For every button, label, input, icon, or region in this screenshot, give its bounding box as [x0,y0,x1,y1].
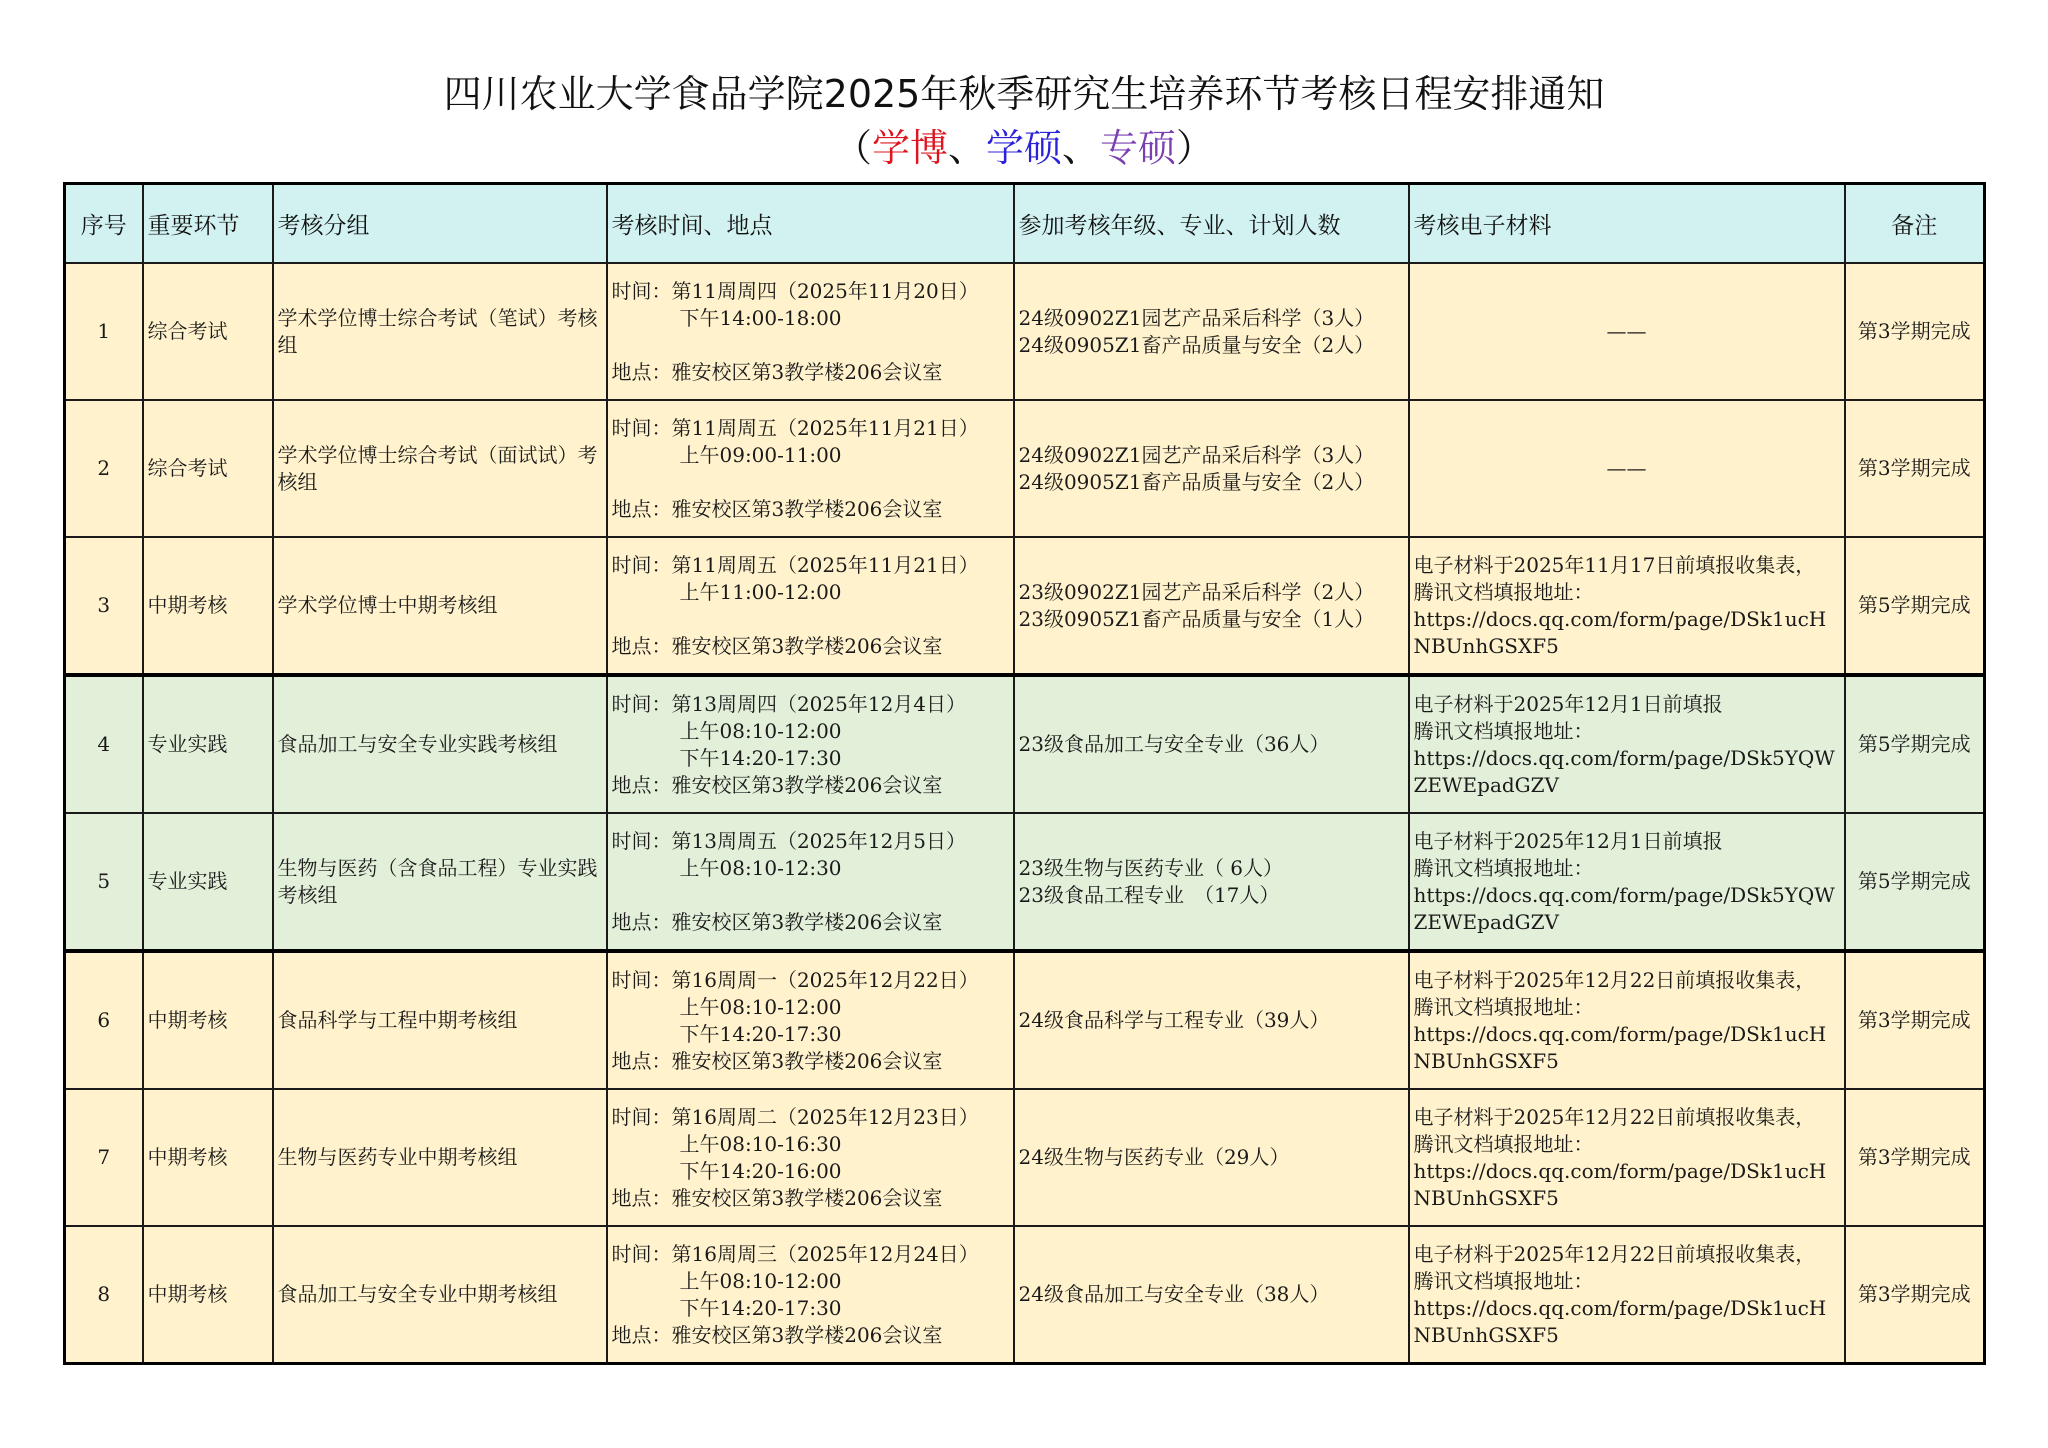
cell-note: 第3学期完成 [1845,1089,1985,1226]
cell-index: 8 [65,1226,143,1364]
header-time-location: 考核时间、地点 [607,184,1014,264]
exam-date: 时间：第16周周一（2025年12月22日） [612,967,1009,994]
cell-participants: 24级0902Z1园艺产品采后科学（3人）24级0905Z1畜产品质量与安全（2… [1014,400,1409,537]
cell-index: 6 [65,951,143,1089]
participant-line: 24级0905Z1畜产品质量与安全（2人） [1019,469,1404,496]
spacer [612,332,1009,359]
spacer [612,606,1009,633]
cell-materials: 电子材料于2025年12月22日前填报收集表，腾讯文档填报地址：https://… [1409,1089,1845,1226]
cell-note: 第5学期完成 [1845,675,1985,813]
exam-location: 地点：雅安校区第3教学楼206会议室 [612,1185,1009,1212]
material-line: 电子材料于2025年11月17日前填报收集表， [1414,552,1840,579]
participant-line: 24级食品科学与工程专业（39人） [1019,1007,1404,1034]
participant-line: 24级0905Z1畜产品质量与安全（2人） [1019,332,1404,359]
cell-materials: —— [1409,400,1845,537]
cell-stage: 专业实践 [143,675,273,813]
spacer [612,469,1009,496]
cell-note: 第5学期完成 [1845,537,1985,675]
cell-group: 学术学位博士中期考核组 [273,537,607,675]
form-link[interactable]: https://docs.qq.com/form/page/DSk1ucHNBU… [1414,606,1840,660]
table-body: 1综合考试学术学位博士综合考试（笔试）考核组时间：第11周周四（2025年11月… [65,263,1985,1364]
form-link[interactable]: https://docs.qq.com/form/page/DSk1ucHNBU… [1414,1021,1840,1075]
cell-note: 第5学期完成 [1845,813,1985,951]
cell-stage: 综合考试 [143,263,273,400]
cell-time-location: 时间：第16周周一（2025年12月22日）上午08:10-12:00下午14:… [607,951,1014,1089]
header-participants: 参加考核年级、专业、计划人数 [1014,184,1409,264]
header-row: 序号 重要环节 考核分组 考核时间、地点 参加考核年级、专业、计划人数 考核电子… [65,184,1985,264]
cell-participants: 24级生物与医药专业（29人） [1014,1089,1409,1226]
cell-note: 第3学期完成 [1845,400,1985,537]
material-line: 腾讯文档填报地址： [1414,579,1840,606]
form-link[interactable]: https://docs.qq.com/form/page/DSk5YQWZEW… [1414,882,1840,936]
cell-participants: 24级0902Z1园艺产品采后科学（3人）24级0905Z1畜产品质量与安全（2… [1014,263,1409,400]
exam-time-slot: 下午14:20-17:30 [612,745,1009,772]
header-group: 考核分组 [273,184,607,264]
cell-group: 食品加工与安全专业实践考核组 [273,675,607,813]
material-line: 腾讯文档填报地址： [1414,1131,1840,1158]
header-stage: 重要环节 [143,184,273,264]
cell-group: 生物与医药专业中期考核组 [273,1089,607,1226]
cell-time-location: 时间：第13周周五（2025年12月5日）上午08:10-12:30 地点：雅安… [607,813,1014,951]
header-note: 备注 [1845,184,1985,264]
cell-index: 4 [65,675,143,813]
form-link[interactable]: https://docs.qq.com/form/page/DSk1ucHNBU… [1414,1158,1840,1212]
participant-line: 23级食品工程专业 （17人） [1019,882,1404,909]
exam-time-slot: 上午08:10-12:00 [612,718,1009,745]
exam-location: 地点：雅安校区第3教学楼206会议室 [612,496,1009,523]
header-materials: 考核电子材料 [1409,184,1845,264]
cell-stage: 中期考核 [143,1226,273,1364]
participant-line: 24级食品加工与安全专业（38人） [1019,1281,1404,1308]
exam-time-slot: 下午14:00-18:00 [612,305,1009,332]
cell-participants: 24级食品加工与安全专业（38人） [1014,1226,1409,1364]
cell-stage: 综合考试 [143,400,273,537]
material-line: 电子材料于2025年12月22日前填报收集表， [1414,1241,1840,1268]
participant-line: 24级0902Z1园艺产品采后科学（3人） [1019,442,1404,469]
exam-date: 时间：第11周周五（2025年11月21日） [612,415,1009,442]
cell-group: 食品科学与工程中期考核组 [273,951,607,1089]
cell-participants: 23级食品加工与安全专业（36人） [1014,675,1409,813]
header-index: 序号 [65,184,143,264]
subtitle-close-paren: ） [1176,126,1214,170]
material-line: 电子材料于2025年12月1日前填报 [1414,828,1840,855]
exam-time-slot: 上午08:10-12:30 [612,855,1009,882]
cell-note: 第3学期完成 [1845,951,1985,1089]
page-title: 四川农业大学食品学院2025年秋季研究生培养环节考核日程安排通知 [0,68,2048,120]
table-row: 3中期考核学术学位博士中期考核组时间：第11周周五（2025年11月21日）上午… [65,537,1985,675]
cell-group: 生物与医药（含食品工程）专业实践考核组 [273,813,607,951]
material-line: 腾讯文档填报地址： [1414,718,1840,745]
cell-group: 食品加工与安全专业中期考核组 [273,1226,607,1364]
cell-participants: 24级食品科学与工程专业（39人） [1014,951,1409,1089]
cell-group: 学术学位博士综合考试（面试试）考核组 [273,400,607,537]
table-row: 1综合考试学术学位博士综合考试（笔试）考核组时间：第11周周四（2025年11月… [65,263,1985,400]
subtitle-academic-master: 学硕 [986,126,1062,170]
table-row: 4专业实践食品加工与安全专业实践考核组时间：第13周周四（2025年12月4日）… [65,675,1985,813]
exam-location: 地点：雅安校区第3教学楼206会议室 [612,909,1009,936]
subtitle-open-paren: （ [834,126,872,170]
exam-date: 时间：第11周周五（2025年11月21日） [612,552,1009,579]
cell-index: 7 [65,1089,143,1226]
cell-stage: 中期考核 [143,537,273,675]
form-link[interactable]: https://docs.qq.com/form/page/DSk1ucHNBU… [1414,1295,1840,1349]
cell-group: 学术学位博士综合考试（笔试）考核组 [273,263,607,400]
exam-location: 地点：雅安校区第3教学楼206会议室 [612,1048,1009,1075]
exam-time-slot: 上午08:10-12:00 [612,994,1009,1021]
cell-index: 2 [65,400,143,537]
exam-time-slot: 下午14:20-17:30 [612,1021,1009,1048]
table-row: 7中期考核生物与医药专业中期考核组时间：第16周周二（2025年12月23日）上… [65,1089,1985,1226]
cell-participants: 23级0902Z1园艺产品采后科学（2人）23级0905Z1畜产品质量与安全（1… [1014,537,1409,675]
exam-time-slot: 上午11:00-12:00 [612,579,1009,606]
exam-date: 时间：第11周周四（2025年11月20日） [612,278,1009,305]
participant-line: 23级生物与医药专业（ 6人） [1019,855,1404,882]
material-line: —— [1414,455,1840,482]
cell-time-location: 时间：第11周周五（2025年11月21日）上午09:00-11:00 地点：雅… [607,400,1014,537]
exam-location: 地点：雅安校区第3教学楼206会议室 [612,633,1009,660]
subtitle-separator: 、 [948,126,986,170]
material-line: 电子材料于2025年12月22日前填报收集表， [1414,967,1840,994]
cell-time-location: 时间：第11周周四（2025年11月20日）下午14:00-18:00 地点：雅… [607,263,1014,400]
cell-materials: 电子材料于2025年11月17日前填报收集表，腾讯文档填报地址：https://… [1409,537,1845,675]
spacer [612,882,1009,909]
exam-location: 地点：雅安校区第3教学楼206会议室 [612,359,1009,386]
cell-index: 3 [65,537,143,675]
exam-date: 时间：第16周周三（2025年12月24日） [612,1241,1009,1268]
table-row: 6中期考核食品科学与工程中期考核组时间：第16周周一（2025年12月22日）上… [65,951,1985,1089]
exam-date: 时间：第16周周二（2025年12月23日） [612,1104,1009,1131]
cell-time-location: 时间：第13周周四（2025年12月4日）上午08:10-12:00下午14:2… [607,675,1014,813]
participant-line: 24级生物与医药专业（29人） [1019,1144,1404,1171]
table-row: 2综合考试学术学位博士综合考试（面试试）考核组时间：第11周周五（2025年11… [65,400,1985,537]
cell-materials: 电子材料于2025年12月22日前填报收集表，腾讯文档填报地址：https://… [1409,951,1845,1089]
material-line: 腾讯文档填报地址： [1414,1268,1840,1295]
cell-stage: 中期考核 [143,951,273,1089]
form-link[interactable]: https://docs.qq.com/form/page/DSk5YQWZEW… [1414,745,1840,799]
exam-time-slot: 上午08:10-12:00 [612,1268,1009,1295]
cell-materials: —— [1409,263,1845,400]
participant-line: 23级食品加工与安全专业（36人） [1019,731,1404,758]
title-block: 四川农业大学食品学院2025年秋季研究生培养环节考核日程安排通知 （学博、学硕、… [0,68,2048,176]
table-row: 5专业实践生物与医药（含食品工程）专业实践考核组时间：第13周周五（2025年1… [65,813,1985,951]
subtitle-academic-doctor: 学博 [872,126,948,170]
material-line: 腾讯文档填报地址： [1414,855,1840,882]
cell-time-location: 时间：第16周周三（2025年12月24日）上午08:10-12:00下午14:… [607,1226,1014,1364]
cell-note: 第3学期完成 [1845,263,1985,400]
cell-stage: 中期考核 [143,1089,273,1226]
table-row: 8中期考核食品加工与安全专业中期考核组时间：第16周周三（2025年12月24日… [65,1226,1985,1364]
exam-time-slot: 下午14:20-17:30 [612,1295,1009,1322]
cell-index: 5 [65,813,143,951]
subtitle-separator: 、 [1062,126,1100,170]
page-subtitle: （学博、学硕、专硕） [0,120,2048,176]
participant-line: 23级0905Z1畜产品质量与安全（1人） [1019,606,1404,633]
subtitle-professional-master: 专硕 [1100,126,1176,170]
exam-time-slot: 上午08:10-16:30 [612,1131,1009,1158]
exam-date: 时间：第13周周五（2025年12月5日） [612,828,1009,855]
cell-index: 1 [65,263,143,400]
cell-materials: 电子材料于2025年12月22日前填报收集表，腾讯文档填报地址：https://… [1409,1226,1845,1364]
cell-materials: 电子材料于2025年12月1日前填报腾讯文档填报地址：https://docs.… [1409,813,1845,951]
exam-time-slot: 上午09:00-11:00 [612,442,1009,469]
cell-participants: 23级生物与医药专业（ 6人）23级食品工程专业 （17人） [1014,813,1409,951]
participant-line: 23级0902Z1园艺产品采后科学（2人） [1019,579,1404,606]
exam-location: 地点：雅安校区第3教学楼206会议室 [612,772,1009,799]
material-line: 电子材料于2025年12月1日前填报 [1414,691,1840,718]
schedule-table: 序号 重要环节 考核分组 考核时间、地点 参加考核年级、专业、计划人数 考核电子… [63,182,1986,1365]
material-line: —— [1414,318,1840,345]
cell-time-location: 时间：第11周周五（2025年11月21日）上午11:00-12:00 地点：雅… [607,537,1014,675]
material-line: 电子材料于2025年12月22日前填报收集表， [1414,1104,1840,1131]
material-line: 腾讯文档填报地址： [1414,994,1840,1021]
exam-time-slot: 下午14:20-16:00 [612,1158,1009,1185]
cell-materials: 电子材料于2025年12月1日前填报腾讯文档填报地址：https://docs.… [1409,675,1845,813]
cell-note: 第3学期完成 [1845,1226,1985,1364]
participant-line: 24级0902Z1园艺产品采后科学（3人） [1019,305,1404,332]
exam-date: 时间：第13周周四（2025年12月4日） [612,691,1009,718]
cell-time-location: 时间：第16周周二（2025年12月23日）上午08:10-16:30下午14:… [607,1089,1014,1226]
cell-stage: 专业实践 [143,813,273,951]
exam-location: 地点：雅安校区第3教学楼206会议室 [612,1322,1009,1349]
